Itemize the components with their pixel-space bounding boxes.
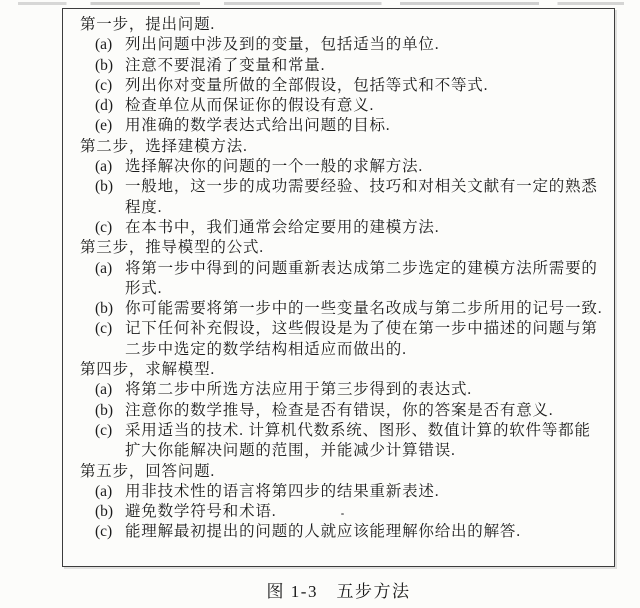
item-text: 注意你的数学推导，检查是否有错误，你的答案是否有意义. <box>125 401 604 421</box>
five-step-method-box: 第一步，提出问题. (a) 列出问题中涉及到的变量，包括适当的单位. (b) 注… <box>62 8 615 567</box>
item-label: (c) <box>95 76 125 96</box>
item-label: (b) <box>95 502 125 522</box>
step-item: (b) 你可能需要将第一步中的一些变量名改成与第二步所用的记号一致. <box>80 299 604 319</box>
step-title: 第五步，回答问题. <box>80 462 604 482</box>
step-item: (c) 列出你对变量所做的全部假设，包括等式和不等式. <box>80 76 604 96</box>
item-label: (a) <box>95 482 125 502</box>
step-item: (a) 选择解决你的问题的一个一般的求解方法. <box>80 157 604 177</box>
figure-caption: 图 1-3 五步方法 <box>62 577 615 602</box>
item-text: 列出问题中涉及到的变量，包括适当的单位. <box>125 35 604 55</box>
item-text: 能理解最初提出的问题的人就应该能理解你给出的解答. <box>125 522 604 542</box>
step-item: (d) 检查单位从而保证你的假设有意义. <box>80 96 604 116</box>
step-item: (c) 在本书中，我们通常会给定要用的建模方法. <box>80 218 604 238</box>
step-item: (a) 列出问题中涉及到的变量，包括适当的单位. <box>80 35 604 55</box>
item-label: (a) <box>95 157 125 177</box>
item-text: 选择解决你的问题的一个一般的求解方法. <box>125 157 604 177</box>
step-item: (b) 注意你的数学推导，检查是否有错误，你的答案是否有意义. <box>80 401 604 421</box>
item-text: 列出你对变量所做的全部假设，包括等式和不等式. <box>125 76 604 96</box>
item-text: 注意不要混淆了变量和常量. <box>125 56 604 76</box>
item-label: (b) <box>95 299 125 319</box>
step-1: 第一步，提出问题. (a) 列出问题中涉及到的变量，包括适当的单位. (b) 注… <box>80 15 604 137</box>
item-text: 避免数学符号和术语. <box>125 502 604 522</box>
item-label: (c) <box>95 218 125 238</box>
item-text: 检查单位从而保证你的假设有意义. <box>125 96 604 116</box>
step-item: (e) 用准确的数学表达式给出问题的目标. <box>80 116 604 136</box>
item-label: (a) <box>95 259 125 300</box>
step-item: (b) 注意不要混淆了变量和常量. <box>80 56 604 76</box>
scan-artifact-top <box>18 2 624 5</box>
item-text: 用准确的数学表达式给出问题的目标. <box>125 116 604 136</box>
item-label: (d) <box>95 96 125 116</box>
item-label: (c) <box>95 421 125 462</box>
item-text: 在本书中，我们通常会给定要用的建模方法. <box>125 218 604 238</box>
item-text: 采用适当的技术. 计算机代数系统、图形、数值计算的软件等都能扩大你能解决问题的范… <box>125 421 604 462</box>
step-item: (c) 记下任何补充假设，这些假设是为了使在第一步中描述的问题与第二步中选定的数… <box>80 319 604 360</box>
step-item: (c) 能理解最初提出的问题的人就应该能理解你给出的解答. <box>80 522 604 542</box>
item-text: 将第二步中所选方法应用于第三步得到的表达式. <box>125 380 604 400</box>
item-label: (e) <box>95 116 125 136</box>
step-5: 第五步，回答问题. (a) 用非技术性的语言将第四步的结果重新表述. (b) 避… <box>80 462 604 543</box>
item-label: (b) <box>95 401 125 421</box>
item-label: (a) <box>95 380 125 400</box>
item-text: 用非技术性的语言将第四步的结果重新表述. <box>125 482 604 502</box>
step-2: 第二步，选择建模方法. (a) 选择解决你的问题的一个一般的求解方法. (b) … <box>80 137 604 238</box>
step-title: 第四步，求解模型. <box>80 360 604 380</box>
item-text: 将第一步中得到的问题重新表达成第二步选定的建模方法所需要的形式. <box>125 259 604 300</box>
item-text: 一般地，这一步的成功需要经验、技巧和对相关文献有一定的熟悉程度. <box>125 177 604 218</box>
item-label: (c) <box>95 319 125 360</box>
item-label: (b) <box>95 56 125 76</box>
step-item: (c) 采用适当的技术. 计算机代数系统、图形、数值计算的软件等都能扩大你能解决… <box>80 421 604 462</box>
step-title: 第二步，选择建模方法. <box>80 137 604 157</box>
step-item: (b) 避免数学符号和术语. <box>80 502 604 522</box>
step-4: 第四步，求解模型. (a) 将第二步中所选方法应用于第三步得到的表达式. (b)… <box>80 360 604 461</box>
item-text: 你可能需要将第一步中的一些变量名改成与第二步所用的记号一致. <box>125 299 604 319</box>
step-title: 第三步，推导模型的公式. <box>80 238 604 258</box>
step-item: (a) 用非技术性的语言将第四步的结果重新表述. <box>80 482 604 502</box>
step-item: (a) 将第一步中得到的问题重新表达成第二步选定的建模方法所需要的形式. <box>80 259 604 300</box>
step-item: (a) 将第二步中所选方法应用于第三步得到的表达式. <box>80 380 604 400</box>
step-title: 第一步，提出问题. <box>80 15 604 35</box>
item-text: 记下任何补充假设，这些假设是为了使在第一步中描述的问题与第二步中选定的数学结构相… <box>125 319 604 360</box>
item-label: (b) <box>95 177 125 218</box>
item-label: (c) <box>95 522 125 542</box>
item-label: (a) <box>95 35 125 55</box>
step-item: (b) 一般地，这一步的成功需要经验、技巧和对相关文献有一定的熟悉程度. <box>80 177 604 218</box>
step-3: 第三步，推导模型的公式. (a) 将第一步中得到的问题重新表达成第二步选定的建模… <box>80 238 604 360</box>
